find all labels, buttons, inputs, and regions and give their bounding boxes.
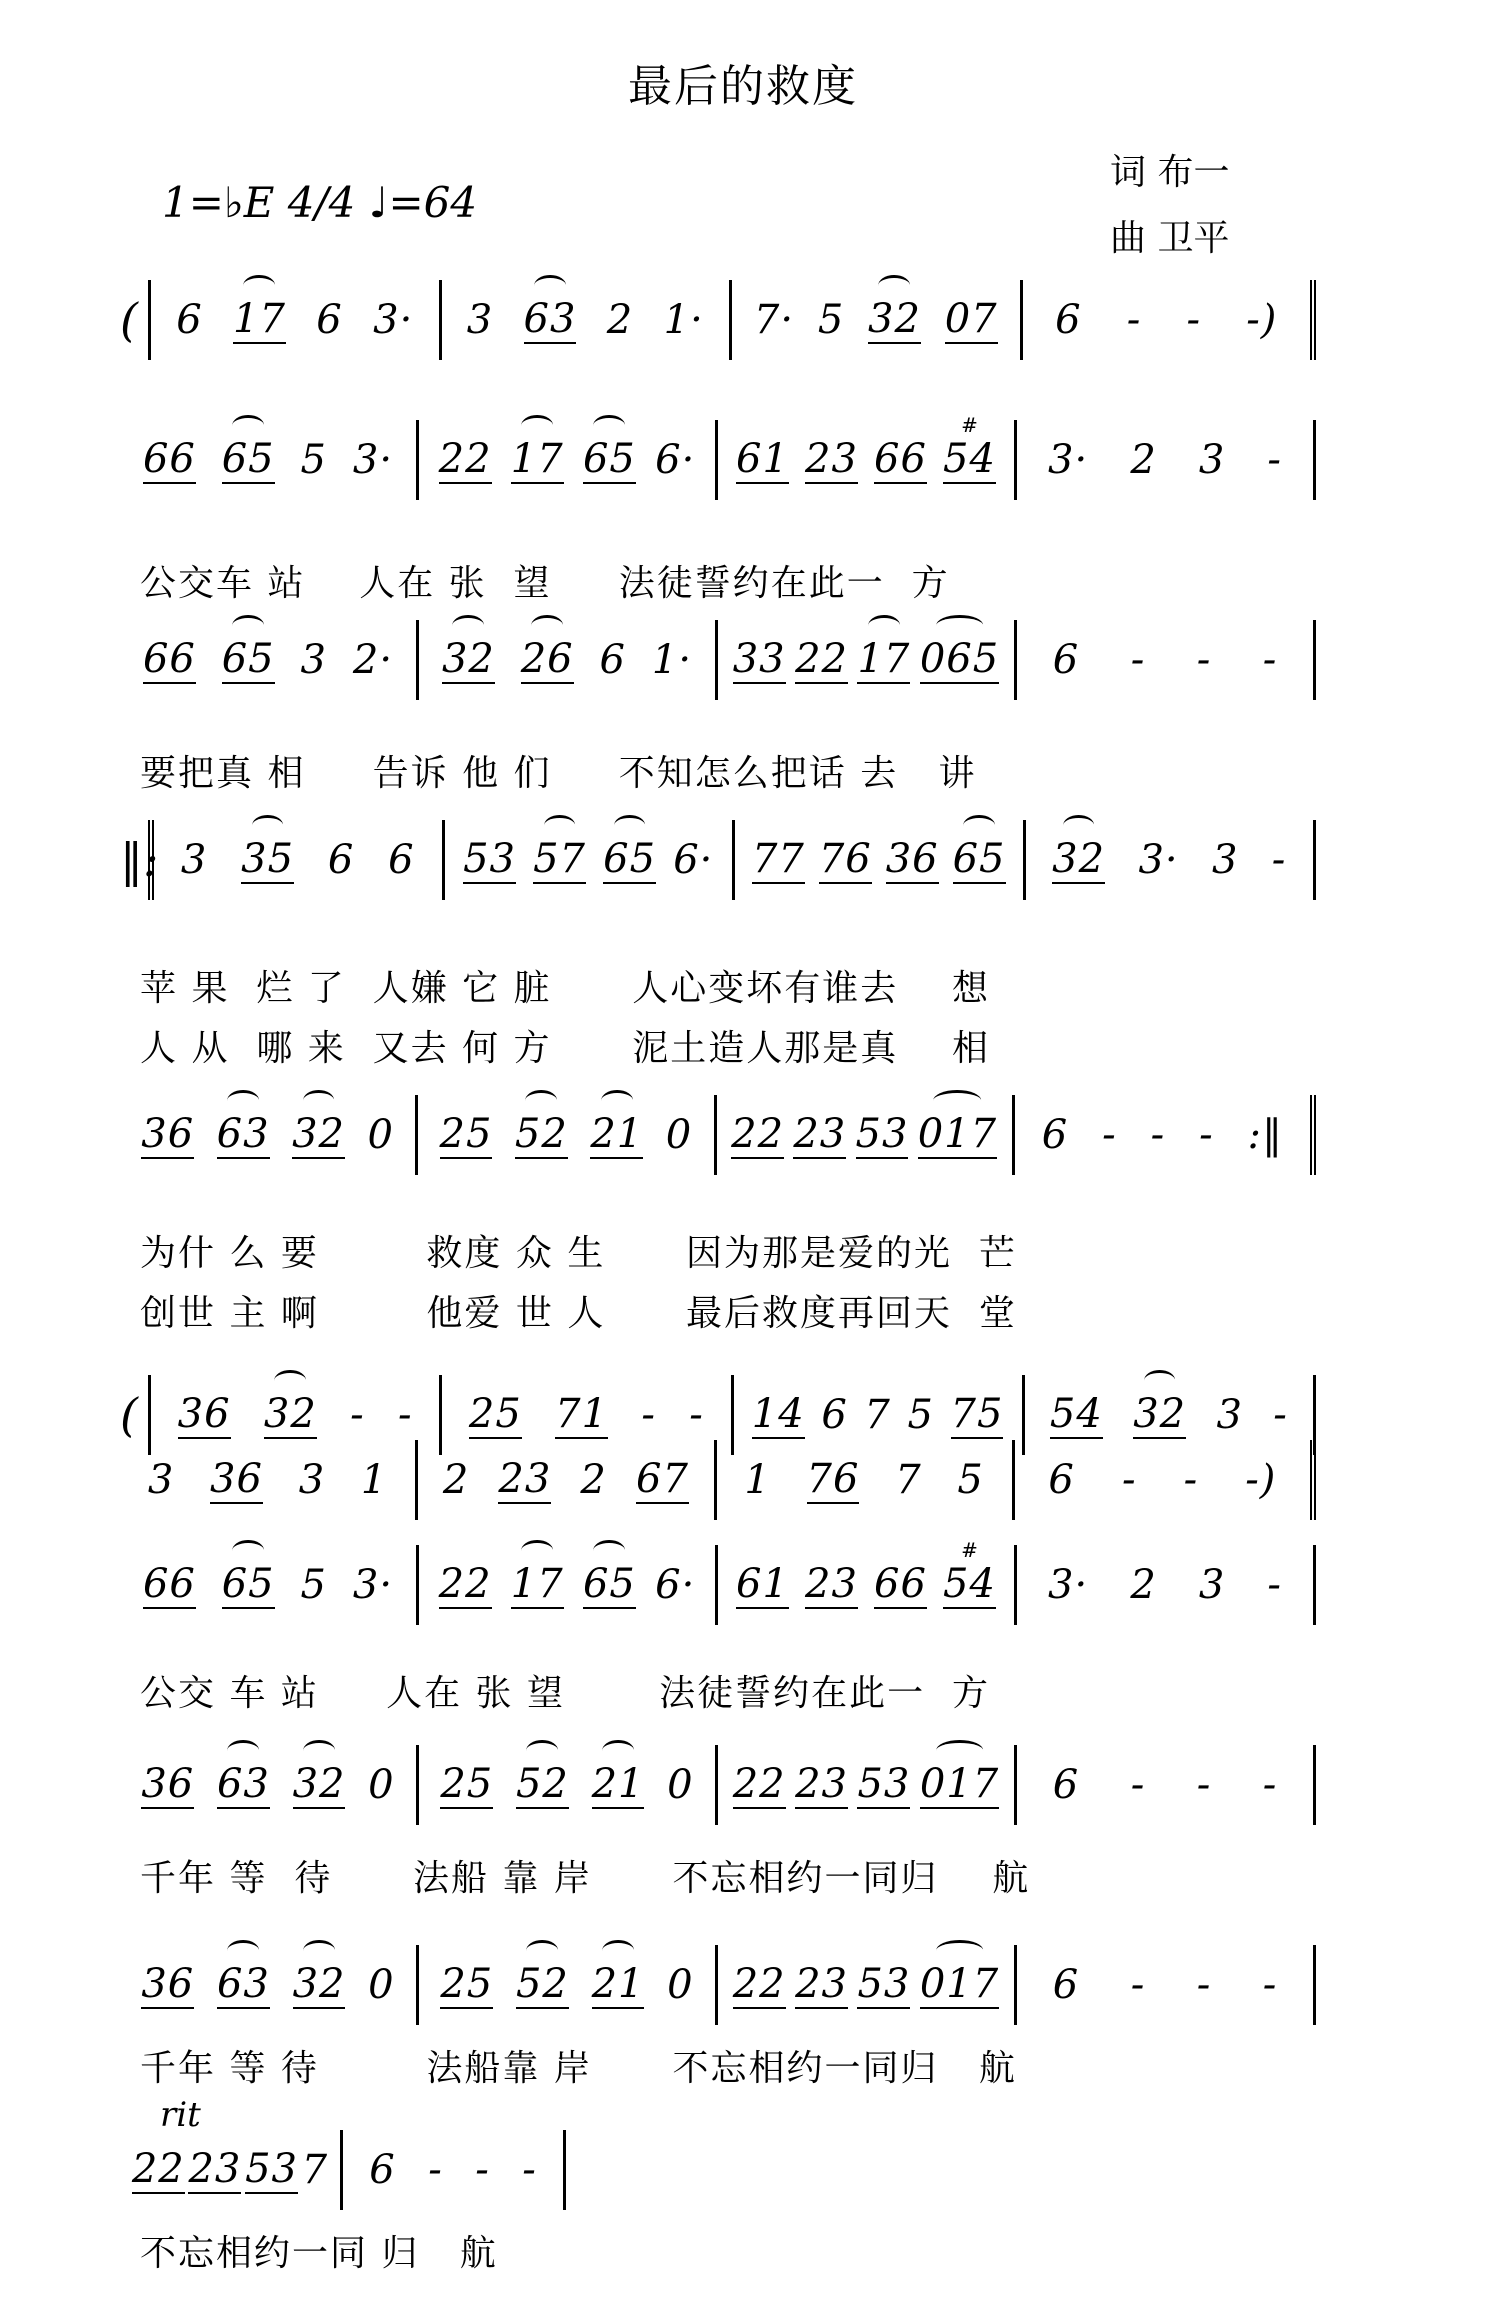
eighth-underline bbox=[439, 482, 492, 484]
note: 2 bbox=[580, 1458, 606, 1502]
eighth-underline bbox=[731, 1157, 784, 1159]
slur-arc bbox=[602, 1740, 634, 1761]
slur-arc bbox=[228, 1940, 260, 1961]
eighth-underline bbox=[793, 1157, 846, 1159]
note-extension-dash: - bbox=[1131, 638, 1146, 682]
measure: 612366#54 bbox=[718, 1545, 1017, 1625]
eighth-underline bbox=[592, 1807, 645, 1809]
eighth-underline bbox=[143, 1607, 196, 1609]
note: :‖ bbox=[1248, 1113, 1283, 1157]
staff-row-coda: 22235376--- bbox=[120, 2130, 566, 2210]
note: 65 bbox=[583, 1562, 636, 1609]
note: 22 bbox=[439, 1562, 492, 1609]
note: 32 bbox=[293, 1762, 346, 1809]
eighth-underline bbox=[857, 682, 910, 684]
note: 71 bbox=[555, 1392, 608, 1439]
slur-arc bbox=[936, 615, 984, 636]
note: 23 bbox=[805, 1562, 858, 1609]
eighth-underline bbox=[874, 482, 927, 484]
eighth-underline bbox=[292, 1157, 345, 1159]
note: 52 bbox=[515, 1112, 568, 1159]
note: 1 bbox=[361, 1458, 387, 1502]
note: #54 bbox=[943, 1562, 996, 1609]
eighth-underline bbox=[752, 882, 805, 884]
eighth-underline bbox=[511, 482, 564, 484]
note: 17 bbox=[511, 1562, 564, 1609]
eighth-underline bbox=[636, 1502, 689, 1504]
eighth-underline bbox=[736, 482, 789, 484]
note: 6 bbox=[1048, 1458, 1074, 1502]
eighth-underline bbox=[521, 682, 574, 684]
slur-arc bbox=[526, 1090, 558, 1111]
eighth-underline bbox=[592, 2007, 645, 2009]
note: 7· bbox=[754, 298, 794, 342]
note: 52 bbox=[516, 1962, 569, 2009]
note: 32 bbox=[293, 1962, 346, 2009]
note: 7 bbox=[302, 2148, 328, 2192]
note: 3 bbox=[301, 638, 327, 682]
note: 33 bbox=[733, 637, 786, 684]
note: 57 bbox=[533, 837, 586, 884]
eighth-underline bbox=[217, 1157, 270, 1159]
measure: 2552210 bbox=[419, 1745, 718, 1825]
note: 65 bbox=[222, 637, 275, 684]
eighth-underline bbox=[736, 1607, 789, 1609]
note: 63 bbox=[524, 297, 577, 344]
note-extension-dash: - bbox=[522, 2148, 537, 2192]
measure: 223267 bbox=[418, 1440, 716, 1520]
eighth-underline bbox=[498, 1502, 551, 1504]
note: 2· bbox=[353, 638, 393, 682]
eighth-underline bbox=[245, 2192, 298, 2194]
note-extension-dash: - bbox=[1187, 298, 1202, 342]
note: 07 bbox=[945, 297, 998, 344]
note: 23 bbox=[795, 1962, 848, 2009]
note-extension-dash: - bbox=[1199, 1113, 1214, 1157]
staff-row-chorus-2: 366332025522102223530176---:‖ bbox=[120, 1095, 1316, 1175]
measure: 222353017 bbox=[717, 1095, 1015, 1175]
note: 6 bbox=[1042, 1113, 1068, 1157]
note: 3 bbox=[181, 838, 207, 882]
note: 22 bbox=[733, 1762, 786, 1809]
slur-arc bbox=[963, 815, 995, 836]
note-extension-dash: - bbox=[398, 1393, 413, 1437]
staff-row-chorus-1: ‖:335665357656·77763665323·3- bbox=[120, 820, 1316, 900]
note: 23 bbox=[793, 1112, 846, 1159]
measure: 2217656· bbox=[419, 1545, 718, 1625]
eighth-underline bbox=[752, 1437, 805, 1439]
note: 25 bbox=[440, 1762, 493, 1809]
eighth-underline bbox=[555, 1437, 608, 1439]
eighth-underline bbox=[819, 882, 872, 884]
eighth-underline bbox=[516, 2007, 569, 2009]
eighth-underline bbox=[795, 2007, 848, 2009]
note: 3· bbox=[373, 298, 413, 342]
note: 21 bbox=[592, 1962, 645, 2009]
slur-arc bbox=[544, 815, 576, 836]
note: -) bbox=[1245, 1458, 1276, 1502]
slur-arc bbox=[1144, 1370, 1176, 1391]
measure: 6--- bbox=[343, 2130, 566, 2210]
eighth-underline bbox=[222, 682, 275, 684]
eighth-underline bbox=[943, 1607, 996, 1609]
measure: 33631 bbox=[120, 1440, 418, 1520]
eighth-underline bbox=[733, 682, 786, 684]
measure: 36321· bbox=[442, 280, 733, 360]
measure: 6---) bbox=[1015, 1440, 1316, 1520]
note: 22 bbox=[731, 1112, 784, 1159]
note-extension-dash: - bbox=[1272, 838, 1287, 882]
note: 65 bbox=[953, 837, 1006, 884]
slur-arc bbox=[232, 1540, 264, 1561]
note: 36 bbox=[886, 837, 939, 884]
eighth-underline bbox=[953, 882, 1006, 884]
note-extension-dash: - bbox=[1263, 1763, 1278, 1807]
staff-row-verse-b1: 666553·2217656·612366#543·23- bbox=[120, 1545, 1316, 1625]
note: 0 bbox=[368, 1763, 394, 1807]
eighth-underline bbox=[868, 342, 921, 344]
note: 63 bbox=[217, 1962, 270, 2009]
note-extension-dash: - bbox=[1263, 638, 1278, 682]
measure: 3·23- bbox=[1017, 420, 1316, 500]
note: 1· bbox=[664, 298, 704, 342]
measure: 6---:‖ bbox=[1015, 1095, 1316, 1175]
slur-arc bbox=[936, 1740, 984, 1761]
measure: 666553· bbox=[120, 420, 419, 500]
note: 53 bbox=[857, 1762, 910, 1809]
measure: 3663320 bbox=[120, 1745, 419, 1825]
eighth-underline bbox=[143, 482, 196, 484]
note: 53 bbox=[856, 1112, 909, 1159]
measure: 2217656· bbox=[419, 420, 718, 500]
slur-arc bbox=[531, 615, 563, 636]
slur-arc bbox=[275, 1370, 307, 1391]
note: 66 bbox=[874, 437, 927, 484]
eighth-underline bbox=[210, 1502, 263, 1504]
note: 53 bbox=[245, 2147, 298, 2194]
slur-arc bbox=[1063, 815, 1095, 836]
note: 52 bbox=[516, 1762, 569, 1809]
note: 65 bbox=[583, 437, 636, 484]
note: 23 bbox=[188, 2147, 241, 2194]
staff-lead-symbol: ( bbox=[120, 1388, 148, 1442]
note: 2 bbox=[607, 298, 633, 342]
note-extension-dash: - bbox=[641, 1393, 656, 1437]
measure: 2552210 bbox=[418, 1095, 716, 1175]
slur-arc bbox=[527, 1940, 559, 1961]
staff-row-interlude-2: 33631223267176756---) bbox=[120, 1440, 1316, 1520]
slur-arc bbox=[228, 1740, 260, 1761]
measure: 323·3- bbox=[1026, 820, 1317, 900]
eighth-underline bbox=[583, 482, 636, 484]
eighth-underline bbox=[132, 2192, 185, 2194]
note-extension-dash: - bbox=[1267, 1563, 1282, 1607]
note: 36 bbox=[210, 1457, 263, 1504]
eighth-underline bbox=[217, 1807, 270, 1809]
note: 2 bbox=[443, 1458, 469, 1502]
eighth-underline bbox=[188, 2192, 241, 2194]
lyric-line: 千年 等 待 法船 靠 岸 不忘相约一同归 航 bbox=[140, 1850, 1030, 1901]
note: 36 bbox=[178, 1392, 231, 1439]
note: 36 bbox=[141, 1112, 194, 1159]
staff-row-verse-b2: 366332025522102223530176--- bbox=[120, 1745, 1316, 1825]
note-extension-dash: - bbox=[1197, 1963, 1212, 2007]
note: 5 bbox=[301, 1563, 327, 1607]
eighth-underline bbox=[590, 1157, 643, 1159]
note: 23 bbox=[795, 1762, 848, 1809]
note: 6 bbox=[1053, 1963, 1079, 2007]
eighth-underline bbox=[945, 342, 998, 344]
lyricist-credit: 词 布一 bbox=[1110, 140, 1229, 206]
eighth-underline bbox=[1133, 1437, 1186, 1439]
slur-arc bbox=[594, 1540, 626, 1561]
measure: 3663320 bbox=[120, 1095, 418, 1175]
slur-arc bbox=[614, 815, 646, 836]
note: 26 bbox=[521, 637, 574, 684]
eighth-underline bbox=[583, 1607, 636, 1609]
note: 65 bbox=[222, 1562, 275, 1609]
note: 7 bbox=[864, 1393, 890, 1437]
note: 3 bbox=[1212, 838, 1238, 882]
slur-arc bbox=[303, 1740, 335, 1761]
measure: 77763665 bbox=[735, 820, 1026, 900]
note: 25 bbox=[469, 1392, 522, 1439]
measure: 2552210 bbox=[419, 1945, 718, 2025]
measure: 3·23- bbox=[1017, 1545, 1316, 1625]
eighth-underline bbox=[1050, 1437, 1103, 1439]
note: 1 bbox=[744, 1458, 770, 1502]
eighth-underline bbox=[856, 1157, 909, 1159]
eighth-underline bbox=[857, 1807, 910, 1809]
note: 6 bbox=[328, 838, 354, 882]
note: 6 bbox=[316, 298, 342, 342]
slur-arc bbox=[232, 415, 264, 436]
note-extension-dash: - bbox=[1197, 638, 1212, 682]
note: 21 bbox=[590, 1112, 643, 1159]
note-extension-dash: - bbox=[1131, 1963, 1146, 2007]
eighth-underline bbox=[143, 682, 196, 684]
note: 67 bbox=[636, 1457, 689, 1504]
note: 66 bbox=[143, 1562, 196, 1609]
eighth-underline bbox=[920, 2007, 999, 2009]
measure: 666553· bbox=[120, 1545, 419, 1625]
note: 0 bbox=[368, 1113, 394, 1157]
eighth-underline bbox=[1052, 882, 1105, 884]
note: 61 bbox=[736, 1562, 789, 1609]
note: 065 bbox=[920, 637, 999, 684]
slur-arc bbox=[879, 275, 911, 296]
note: 0 bbox=[667, 1763, 693, 1807]
sharp-icon: # bbox=[961, 403, 978, 447]
measure: 6--- bbox=[1017, 1945, 1316, 2025]
eighth-underline bbox=[217, 2007, 270, 2009]
lyric-line: 要把真 相 告诉 他 们 不知怎么把话 去 讲 bbox=[140, 745, 977, 796]
note-extension-dash: - bbox=[1267, 438, 1282, 482]
note-extension-dash: - bbox=[689, 1393, 704, 1437]
note: 63 bbox=[217, 1762, 270, 1809]
staff-lead-symbol: ‖: bbox=[120, 833, 148, 887]
eighth-underline bbox=[141, 1807, 194, 1809]
note: 66 bbox=[874, 1562, 927, 1609]
note: 3 bbox=[467, 298, 493, 342]
eighth-underline bbox=[440, 2007, 493, 2009]
note: 22 bbox=[132, 2147, 185, 2194]
note: 63 bbox=[217, 1112, 270, 1159]
eighth-underline bbox=[469, 1437, 522, 1439]
eighth-underline bbox=[603, 882, 656, 884]
note: 36 bbox=[141, 1762, 194, 1809]
measure: 322661· bbox=[419, 620, 718, 700]
note: 3· bbox=[1138, 838, 1178, 882]
measure: 17675 bbox=[717, 1440, 1015, 1520]
staff-row-verse-a1: 666553·2217656·612366#543·23- bbox=[120, 420, 1316, 500]
note: 017 bbox=[920, 1762, 999, 1809]
note: 14 bbox=[752, 1392, 805, 1439]
eighth-underline bbox=[807, 1502, 860, 1504]
staff-row-intro: (61763·36321·7·532076---) bbox=[120, 280, 1316, 360]
note: 53 bbox=[463, 837, 516, 884]
eighth-underline bbox=[805, 482, 858, 484]
eighth-underline bbox=[733, 2007, 786, 2009]
note: 17 bbox=[233, 297, 286, 344]
note-extension-dash: - bbox=[1197, 1763, 1212, 1807]
eighth-underline bbox=[918, 1157, 997, 1159]
eighth-underline bbox=[533, 882, 586, 884]
eighth-underline bbox=[524, 342, 577, 344]
eighth-underline bbox=[439, 1607, 492, 1609]
note: 66 bbox=[143, 637, 196, 684]
eighth-underline bbox=[241, 882, 294, 884]
note: 53 bbox=[857, 1962, 910, 2009]
note: 3 bbox=[148, 1458, 174, 1502]
note: 32 bbox=[442, 637, 495, 684]
slur-arc bbox=[232, 615, 264, 636]
lyric-line: 不忘相约一同 归 航 bbox=[140, 2225, 498, 2276]
note-extension-dash: - bbox=[1151, 1113, 1166, 1157]
note: 3 bbox=[299, 1458, 325, 1502]
slur-arc bbox=[534, 275, 566, 296]
eighth-underline bbox=[805, 1607, 858, 1609]
lyric-line: 公交车 站 人在 张 望 法徒誓约在此一 方 bbox=[140, 555, 950, 606]
note: 32 bbox=[1133, 1392, 1186, 1439]
eighth-underline bbox=[874, 1607, 927, 1609]
note: 23 bbox=[498, 1457, 551, 1504]
note: 017 bbox=[920, 1962, 999, 2009]
note-extension-dash: - bbox=[475, 2148, 490, 2192]
note-extension-dash: - bbox=[1127, 298, 1142, 342]
note: 32 bbox=[292, 1112, 345, 1159]
eighth-underline bbox=[857, 2007, 910, 2009]
song-title: 最后的救度 bbox=[0, 50, 1486, 114]
note-extension-dash: - bbox=[1102, 1113, 1117, 1157]
note: 17 bbox=[511, 437, 564, 484]
note: 66 bbox=[143, 437, 196, 484]
lyric-line: 苹 果 烂 了 人嫌 它 脏 人心变坏有谁去 想 bbox=[140, 960, 990, 1011]
slur-arc bbox=[521, 1540, 553, 1561]
staff-row-verse-a2: 666532·322661·3322170656--- bbox=[120, 620, 1316, 700]
note: 0 bbox=[666, 1113, 692, 1157]
note: -) bbox=[1246, 298, 1277, 342]
note: 6· bbox=[655, 1563, 695, 1607]
note: 17 bbox=[857, 637, 910, 684]
lyric-line: 创世 主 啊 他爱 世 人 最后救度再回天 堂 bbox=[140, 1285, 1017, 1336]
eighth-underline bbox=[516, 1807, 569, 1809]
note: 3 bbox=[1199, 438, 1225, 482]
note: 32 bbox=[264, 1392, 317, 1439]
measure: 6---) bbox=[1023, 280, 1317, 360]
measure: 7·53207 bbox=[732, 280, 1023, 360]
note: 61 bbox=[736, 437, 789, 484]
note: 5 bbox=[301, 438, 327, 482]
measure: 33566 bbox=[148, 820, 445, 900]
slur-arc bbox=[303, 1090, 335, 1111]
ritardando-marking: rit bbox=[160, 2095, 201, 2135]
note: 77 bbox=[752, 837, 805, 884]
note: #54 bbox=[943, 437, 996, 484]
note: 3· bbox=[1048, 1563, 1088, 1607]
note: 6 bbox=[600, 638, 626, 682]
measure: 6--- bbox=[1017, 1745, 1316, 1825]
eighth-underline bbox=[293, 1807, 346, 1809]
eighth-underline bbox=[141, 1157, 194, 1159]
measure: 222353017 bbox=[718, 1945, 1017, 2025]
note: 3 bbox=[1199, 1563, 1225, 1607]
note-extension-dash: - bbox=[350, 1393, 365, 1437]
note: 65 bbox=[603, 837, 656, 884]
note: 22 bbox=[439, 437, 492, 484]
note: 0 bbox=[368, 1963, 394, 2007]
note: 32 bbox=[868, 297, 921, 344]
note-extension-dash: - bbox=[1122, 1458, 1137, 1502]
note-extension-dash: - bbox=[1131, 1763, 1146, 1807]
note: 6 bbox=[821, 1393, 847, 1437]
slur-arc bbox=[521, 415, 553, 436]
eighth-underline bbox=[264, 1437, 317, 1439]
eighth-underline bbox=[293, 2007, 346, 2009]
note: 3· bbox=[353, 438, 393, 482]
note: 23 bbox=[805, 437, 858, 484]
staff-row-verse-b3: 366332025522102223530176--- bbox=[120, 1945, 1316, 2025]
note: 6 bbox=[1053, 1763, 1079, 1807]
note: 5 bbox=[818, 298, 844, 342]
credits: 词 布一 曲 卫平 bbox=[1110, 140, 1229, 272]
eighth-underline bbox=[920, 1807, 999, 1809]
eighth-underline bbox=[440, 1157, 493, 1159]
eighth-underline bbox=[951, 1437, 1004, 1439]
note: 22 bbox=[795, 637, 848, 684]
slur-arc bbox=[303, 1940, 335, 1961]
note: 36 bbox=[141, 1962, 194, 2009]
note: 21 bbox=[592, 1762, 645, 1809]
slur-arc bbox=[227, 1090, 259, 1111]
measure: 6--- bbox=[1017, 620, 1316, 700]
slur-arc bbox=[252, 815, 284, 836]
eighth-underline bbox=[515, 1157, 568, 1159]
eighth-underline bbox=[442, 682, 495, 684]
lyric-line: 公交 车 站 人在 张 望 法徒誓约在此一 方 bbox=[140, 1665, 990, 1716]
measure: 222353017 bbox=[718, 1745, 1017, 1825]
measure: 612366#54 bbox=[718, 420, 1017, 500]
slur-arc bbox=[594, 415, 626, 436]
note-extension-dash: - bbox=[1184, 1458, 1199, 1502]
slur-arc bbox=[934, 1090, 982, 1111]
note: 6 bbox=[388, 838, 414, 882]
measure: 5357656· bbox=[445, 820, 736, 900]
note: 35 bbox=[241, 837, 294, 884]
note: 017 bbox=[918, 1112, 997, 1159]
eighth-underline bbox=[943, 482, 996, 484]
note: 3 bbox=[1216, 1393, 1242, 1437]
